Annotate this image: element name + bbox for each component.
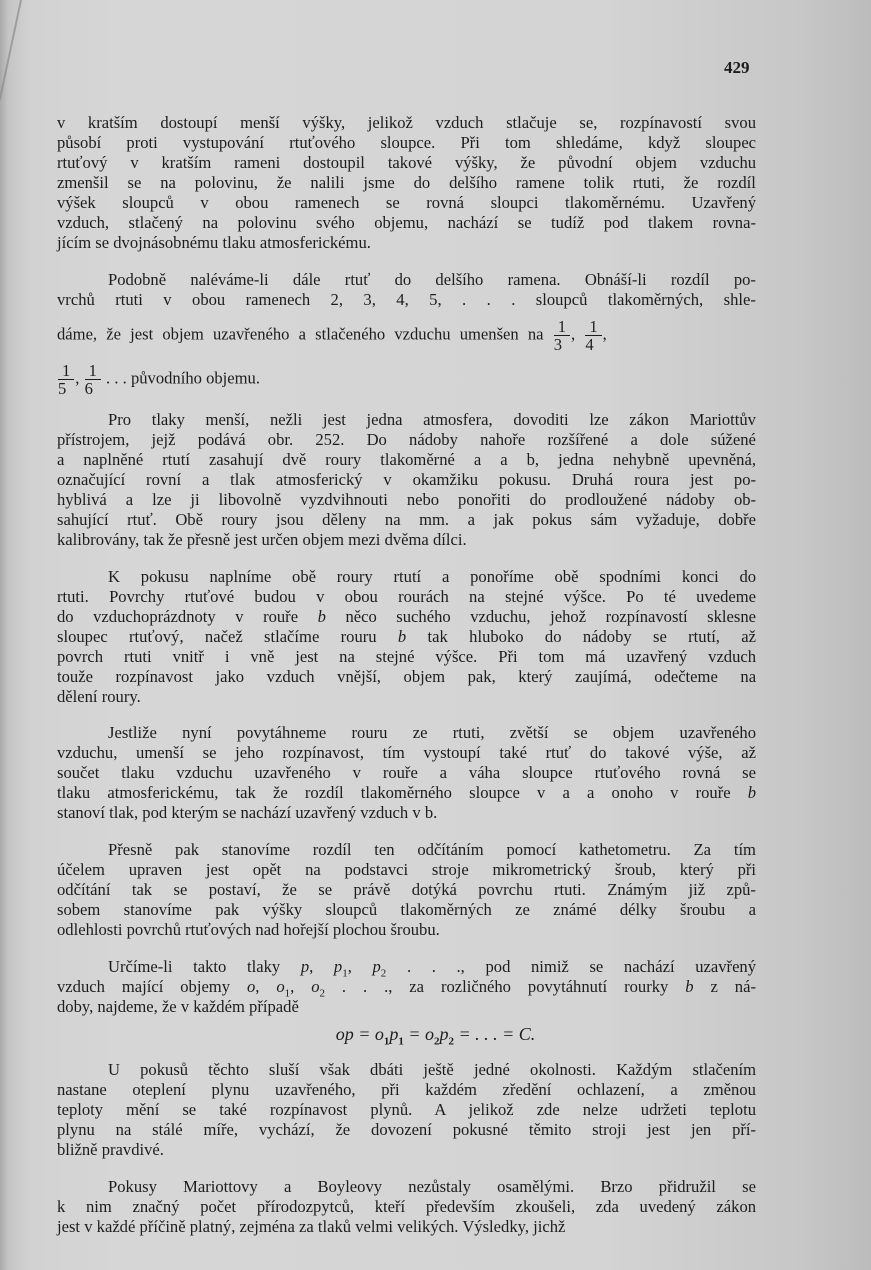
text-line: vzduch, stlačený na polovinu svého objem… <box>57 213 756 233</box>
text-line: nastane oteplení plynu uzavřeného, při k… <box>57 1080 756 1100</box>
text-line: odčítání tak se postaví, že se právě dot… <box>57 880 756 900</box>
text-line: účelem upraven jest opět na podstavci st… <box>57 860 756 880</box>
text-line: doby, najdeme, že v každém případě <box>57 997 756 1017</box>
text-line: tlaku atmosferickému, tak že rozdíl tlak… <box>57 783 756 803</box>
text-line: k nim značný počet přírodozpytců, kteří … <box>57 1197 756 1217</box>
text-line: povrch rtuti vnitř i vně jest na stejné … <box>57 647 756 667</box>
fraction: 13 <box>554 318 570 353</box>
text-line: kalibrovány, tak že přesně jest určen ob… <box>57 530 756 550</box>
text-line: přístrojem, jejž podává obr. 252. Do nád… <box>57 430 756 450</box>
text-line: bližně pravdivé. <box>57 1140 756 1160</box>
text-line: rtuťový v kratším rameni dostoupil takov… <box>57 153 756 173</box>
text-line: Pro tlaky menší, nežli jest jedna atmosf… <box>108 410 756 430</box>
formula-boyle-mariotte: op = o1p1 = o2p2 = . . . = C. <box>0 1024 871 1048</box>
text-line: vrchů rtuti v obou ramenech 2, 3, 4, 5, … <box>57 290 756 310</box>
text-line: zmenšil se na polovinu, že nalili jsme d… <box>57 173 756 193</box>
text-line: označující rovní a tlak atmosferický v o… <box>57 470 756 490</box>
fraction: 14 <box>585 318 601 353</box>
text-line: a naplněné rtutí zasahují dvě roury tlak… <box>57 450 756 470</box>
text-line: jest v každé příčině platný, zejména za … <box>57 1217 756 1237</box>
text-line: jícím se dvojnásobnému tlaku atmosferick… <box>57 233 756 253</box>
text-line: Přesně pak stanovíme rozdíl ten odčítání… <box>108 840 756 860</box>
fraction: 16 <box>85 362 101 397</box>
text-line: touže rozpínavost jako vzduch vnější, ob… <box>57 667 756 687</box>
text-line: dělení roury. <box>57 687 756 707</box>
text-line: hyblivá a lze ji libovolně vyzdvihnouti … <box>57 490 756 510</box>
text-line: dáme, že jest objem uzavřeného a stlačen… <box>57 318 607 353</box>
text-line: 15, 16 . . . původního objemu. <box>57 362 260 397</box>
text-line: rtuti. Povrchy rtuťové budou v obou rour… <box>57 587 756 607</box>
text-line: působí proti vystupování rtuťového sloup… <box>57 133 756 153</box>
text-line: K pokusu naplníme obě roury rtutí a pono… <box>108 567 756 587</box>
text-line: vzduchu, umenší se jeho rozpínavost, tím… <box>57 743 756 763</box>
text-line: výšek sloupců v obou ramenech se rovná s… <box>57 193 756 213</box>
text-line: teploty mění se také rozpínavost plynů. … <box>57 1100 756 1120</box>
text-line: do vzduchoprázdnoty v rouře b něco suché… <box>57 607 756 627</box>
text-line: odlehlosti povrchů rtuťových nad hořejší… <box>57 920 756 940</box>
page-fold-crease <box>0 0 22 100</box>
page-number: 429 <box>724 58 750 78</box>
text-line: plynu na stálé míře, vychází, že dovozen… <box>57 1120 756 1140</box>
text-line: sobem stanovíme pak výšky sloupců tlakom… <box>57 900 756 920</box>
text-line: v kratším dostoupí menší výšky, jelikož … <box>57 113 756 133</box>
text-line: Podobně naléváme-li dále rtuť do delšího… <box>108 270 756 290</box>
text-line: Jestliže nyní povytáhneme rouru ze rtuti… <box>108 723 756 743</box>
fraction: 15 <box>58 362 74 397</box>
text-line: U pokusů těchto sluší však dbáti ještě j… <box>108 1060 756 1080</box>
text-line: Pokusy Mariottovy a Boyleovy nezůstaly o… <box>108 1177 756 1197</box>
text-line: součet tlaku vzduchu uzavřeného v rouře … <box>57 763 756 783</box>
text-line: sloupec rtuťový, načež stlačíme rouru b … <box>57 627 756 647</box>
text-line: stanoví tlak, pod kterým se nachází uzav… <box>57 803 756 823</box>
text-line: sahující rtuť. Obě roury jsou děleny na … <box>57 510 756 530</box>
